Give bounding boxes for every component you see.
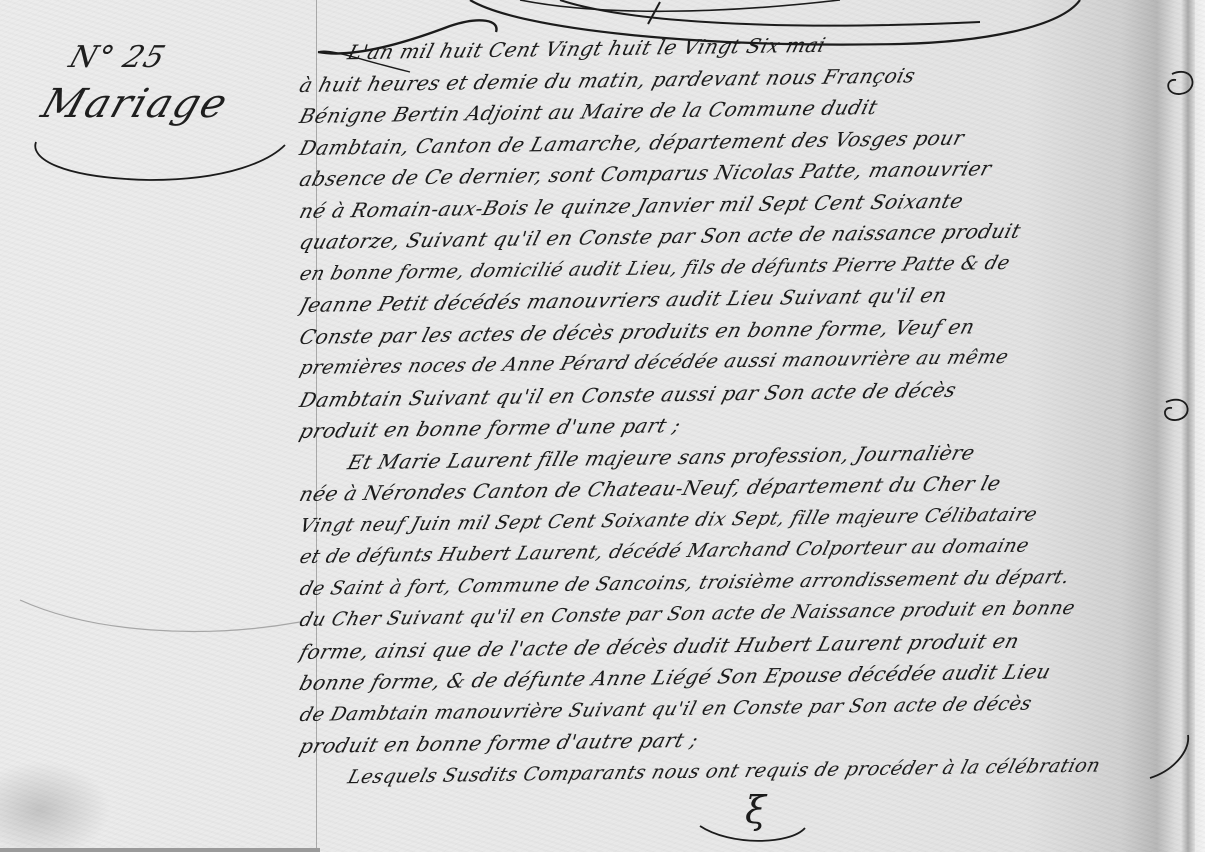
record-type-title: Mariage bbox=[36, 81, 291, 127]
record-number: N° 25 bbox=[65, 40, 304, 75]
record-body: L'an mil huit Cent Vingt huit le Vingt S… bbox=[300, 38, 1190, 794]
page-bottom-edge bbox=[0, 848, 320, 852]
signature-mark: ξ bbox=[745, 788, 766, 832]
margin-annotation: N° 25 Mariage bbox=[26, 40, 304, 127]
